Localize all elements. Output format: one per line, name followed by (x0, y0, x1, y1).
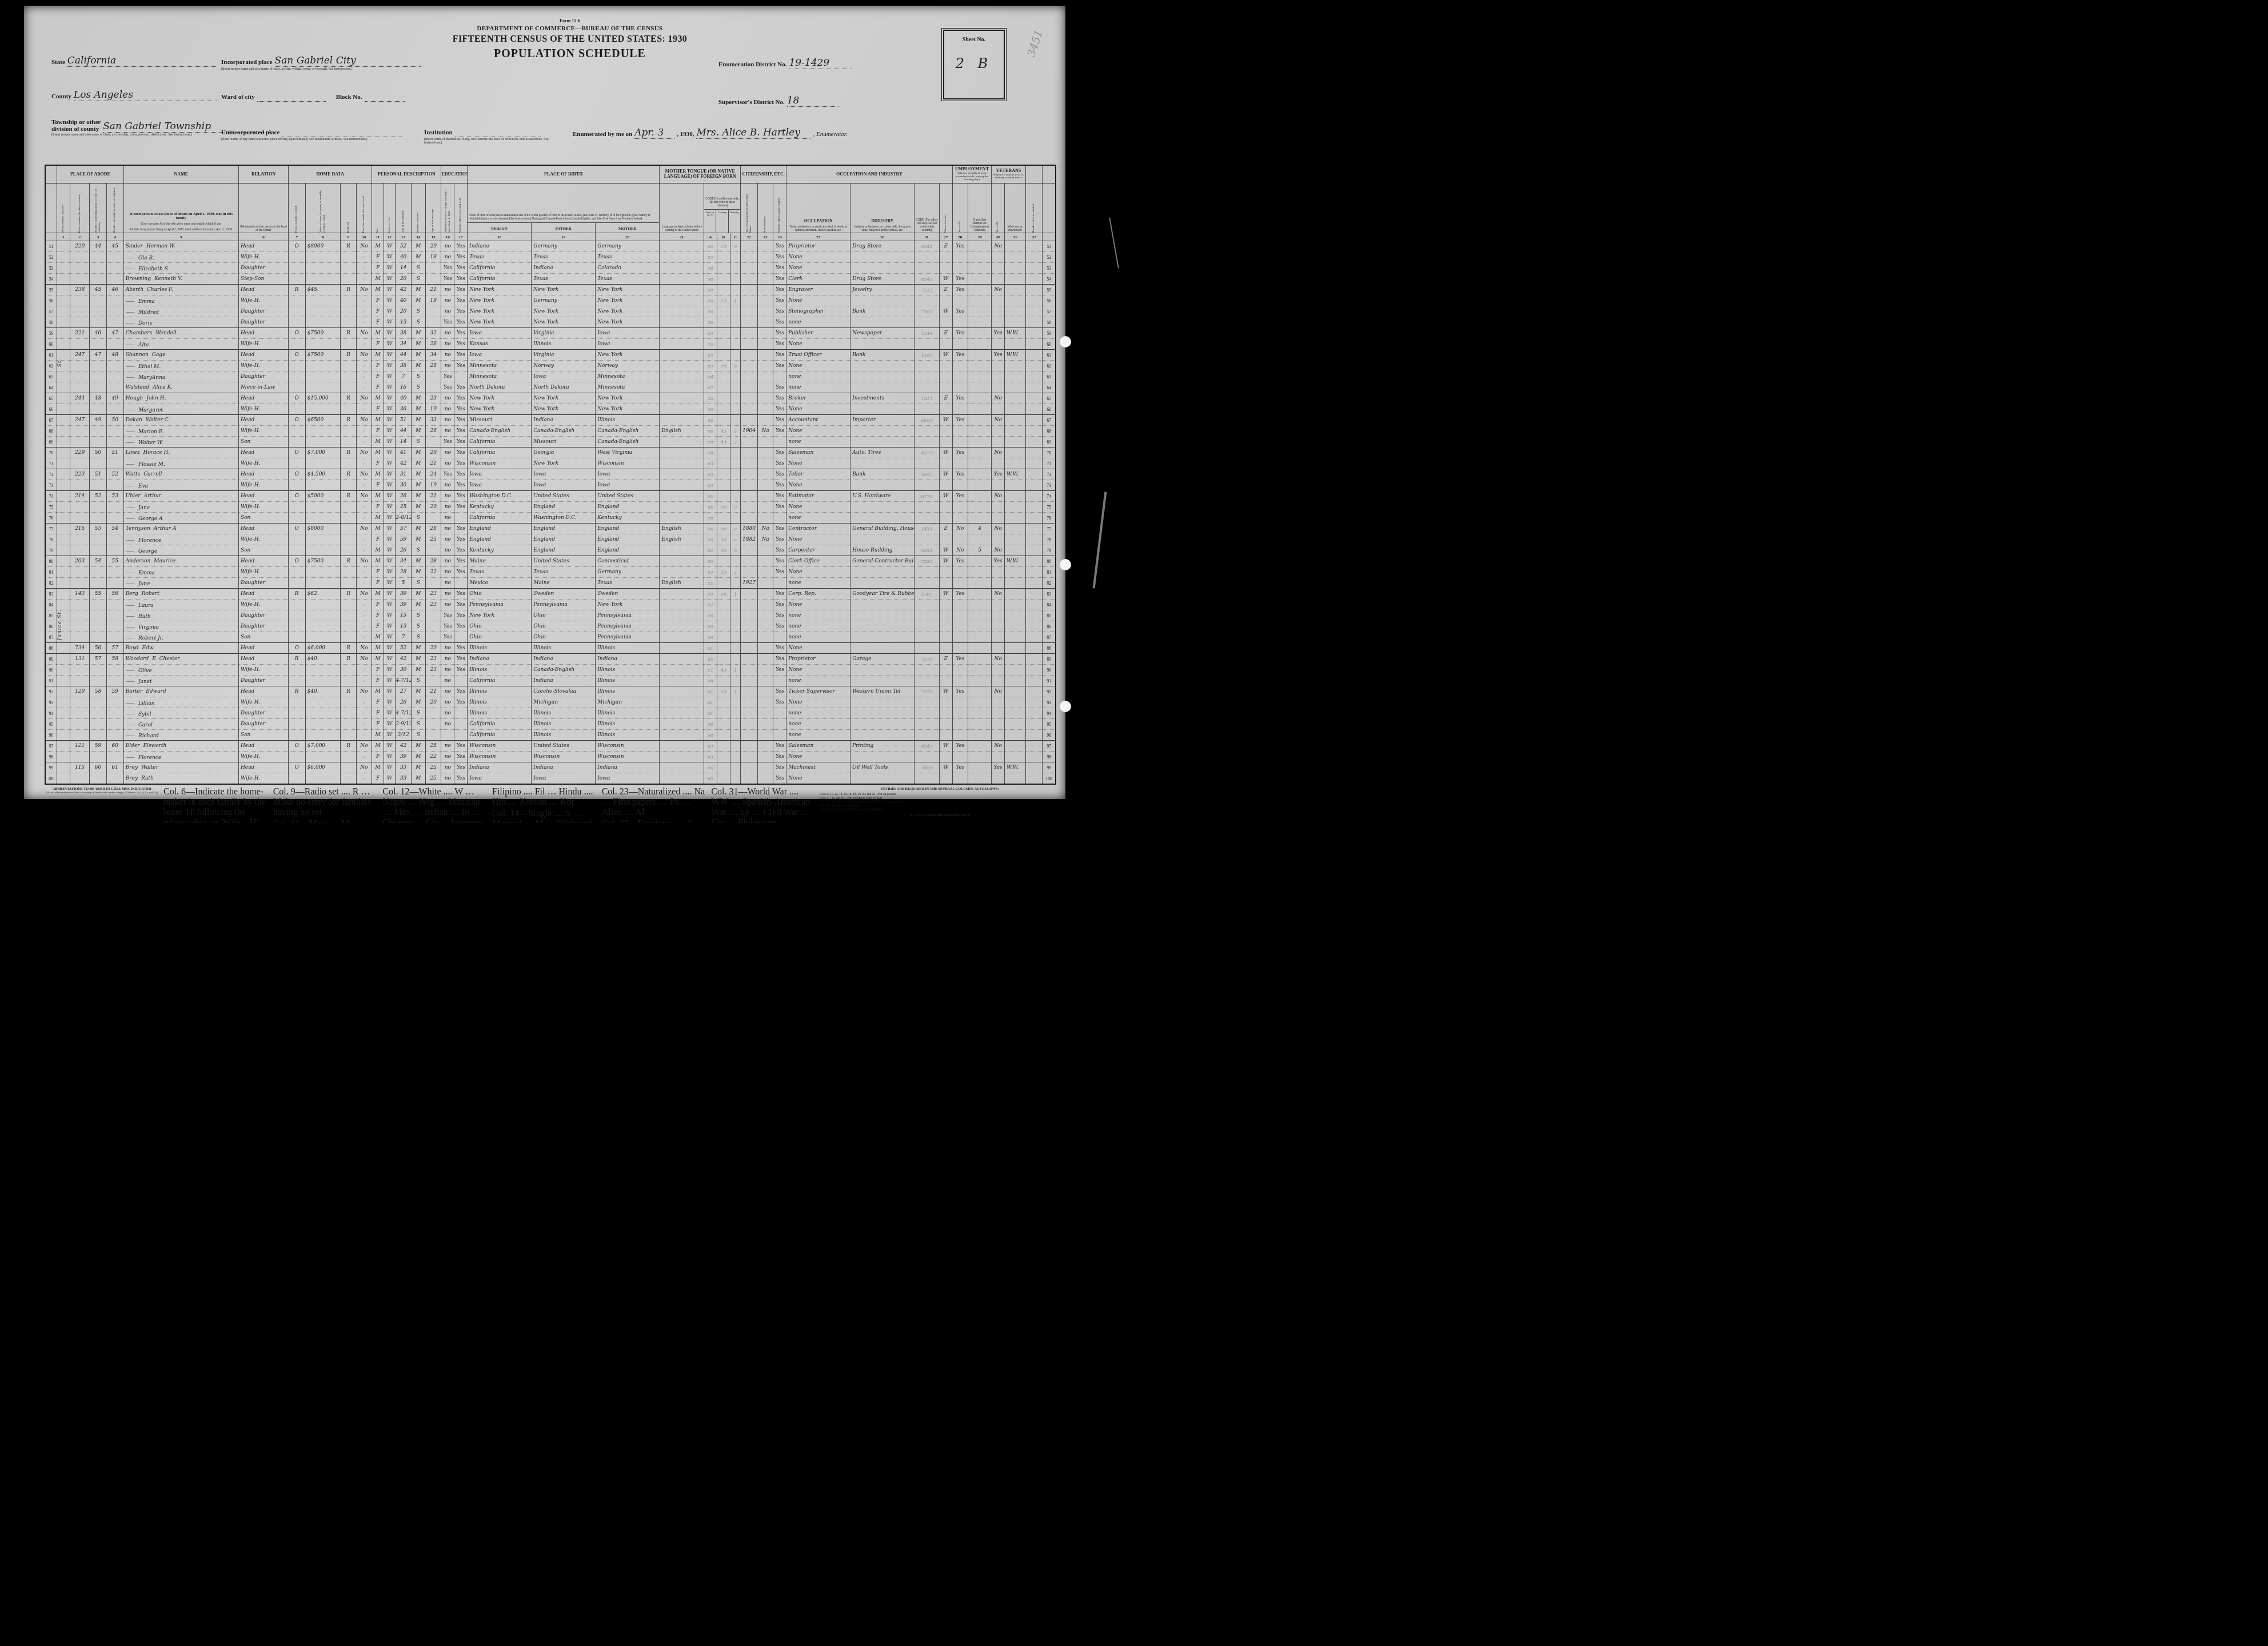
cA: 98 (704, 274, 717, 285)
rel: Head (238, 741, 288, 752)
age: 4-7/12 (396, 708, 411, 719)
imm (741, 697, 758, 708)
imm: 1927 (741, 578, 758, 589)
agem: 26 (425, 426, 441, 437)
eng: Yes (773, 491, 786, 502)
vet (992, 600, 1005, 610)
farmno (1025, 773, 1043, 785)
codeD (915, 513, 939, 524)
mar: M (411, 524, 425, 534)
colnum-val: 8 (305, 233, 341, 241)
cA: 57 (704, 600, 717, 610)
agem: 24 (425, 469, 441, 480)
st (57, 697, 70, 708)
house: 115 (70, 762, 89, 773)
cC (730, 654, 740, 665)
lnR: 89 (1043, 654, 1056, 665)
rel: Son (238, 437, 288, 448)
name: WalsteadAlice K. (123, 382, 238, 393)
sex: F (372, 382, 384, 393)
pm: Texas (596, 578, 660, 589)
pm: England (596, 524, 660, 534)
race: W (384, 306, 396, 317)
rel: Wife-H. (238, 426, 288, 437)
rel: Niece-in-Law (238, 382, 288, 393)
l29 (968, 458, 992, 469)
sch: no (441, 762, 454, 773)
vet: No (992, 654, 1005, 665)
age: 4-7/12 (396, 676, 411, 686)
census-row-95: 95⸺CarolDaughter✓FW2-9/12SnoCaliforniaIl… (45, 719, 1056, 730)
colnum-cB: B (717, 233, 730, 241)
vet (992, 426, 1005, 437)
work (952, 263, 968, 274)
ind: Drug Store (850, 274, 915, 285)
pf: Maine (532, 578, 596, 589)
cB (717, 458, 730, 469)
lnL: 59 (45, 328, 57, 339)
house (70, 513, 89, 524)
footer-entries-block: ENTRIES ARE REQUIRED IN THE SEVERAL COLU… (820, 787, 1060, 823)
cB (717, 415, 730, 426)
census-row-55: 552384546AberthCharles F.HeadR$45.RNoMW4… (45, 285, 1056, 295)
census-row-58: 58⸺DorisDaughter✓FW13SYesYesNew YorkNew … (45, 317, 1056, 328)
cA: 65 (704, 350, 717, 361)
cA: 59 (704, 632, 717, 643)
imm (741, 719, 758, 730)
pf: Texas (532, 274, 596, 285)
sch (441, 730, 454, 741)
sch: no (441, 306, 454, 317)
census-row-72: 722235152WattsCarrollHeadO$4,500RNoMW31M… (45, 469, 1056, 480)
farm: No (356, 469, 372, 480)
cC: 1 (730, 686, 740, 697)
imm (741, 762, 758, 773)
pf: England (532, 545, 596, 556)
mar: M (411, 491, 425, 502)
colnum-own: 7 (288, 233, 305, 241)
own (288, 600, 305, 610)
war (1005, 393, 1026, 404)
state-field: State California (51, 56, 216, 67)
sch: no (441, 654, 454, 665)
vet: Yes (992, 350, 1005, 361)
pm: New York (596, 393, 660, 404)
farm: ✓ (356, 621, 372, 632)
work (952, 534, 968, 545)
farm: ✓ (356, 306, 372, 317)
imm (741, 752, 758, 762)
cB (717, 328, 730, 339)
cls (939, 502, 952, 513)
dw (90, 404, 107, 415)
st (57, 773, 70, 785)
tongue (660, 545, 704, 556)
race: W (384, 589, 396, 600)
tongue (660, 632, 704, 643)
lnL: 68 (45, 426, 57, 437)
pb: Ohio (468, 621, 532, 632)
cA: 65 (704, 469, 717, 480)
house (70, 730, 89, 741)
colnum-tongue: 21 (660, 233, 704, 241)
pm: Illinois (596, 708, 660, 719)
st (57, 404, 70, 415)
tongue (660, 361, 704, 371)
farmno (1025, 263, 1043, 274)
census-sheet: State California County Los Angeles Town… (24, 6, 1065, 799)
codeD (915, 610, 939, 621)
rw: Yes (454, 274, 468, 285)
agem (425, 730, 441, 741)
house (70, 610, 89, 621)
imm (741, 448, 758, 458)
radio (341, 480, 356, 491)
census-row-81: 81⸺EmmaWife-H.✓FW28M22noYesTexasTexasGer… (45, 567, 1056, 578)
house (70, 480, 89, 491)
ed-value: 19-1429 (789, 57, 829, 69)
age: 20 (396, 274, 411, 285)
pf: Indiana (532, 676, 596, 686)
dw (90, 458, 107, 469)
eng: Yes (773, 773, 786, 785)
census-row-96: 96⸺RichardSon✓MW3/12SCaliforniaIllinoisI… (45, 730, 1056, 741)
eng: Yes (773, 426, 786, 437)
lnR: 52 (1043, 252, 1056, 263)
codeD (915, 534, 939, 545)
val (305, 545, 341, 556)
occ: none (786, 317, 850, 328)
l29 (968, 632, 992, 643)
agem: 20 (425, 697, 441, 708)
eng: Yes (773, 545, 786, 556)
own: O (288, 762, 305, 773)
pb: Illinois (468, 697, 532, 708)
l29 (968, 708, 992, 719)
fam (106, 773, 123, 785)
own (288, 458, 305, 469)
lnR: 72 (1043, 469, 1056, 480)
cA: 98 (704, 437, 717, 448)
cls: W (939, 762, 952, 773)
footer-entry: Col. 15—For all married persons (820, 804, 1060, 808)
own: O (288, 241, 305, 252)
fam (106, 404, 123, 415)
pf: Texas (532, 252, 596, 263)
cA: 60 (704, 241, 717, 252)
val (305, 263, 341, 274)
farm: ✓ (356, 534, 372, 545)
vet (992, 534, 1005, 545)
st (57, 665, 70, 676)
l29 (968, 328, 992, 339)
sch: no (441, 285, 454, 295)
imm (741, 643, 758, 654)
dw: 55 (90, 589, 107, 600)
rel: Head (238, 328, 288, 339)
rel: Wife-H. (238, 502, 288, 513)
lnL: 69 (45, 437, 57, 448)
cA: 70 (704, 339, 717, 350)
footer-entry: Cols. 7, 8, 9, 10, and 32—For heads of f… (820, 808, 1060, 812)
cB (717, 491, 730, 502)
l29 (968, 621, 992, 632)
rw: Yes (454, 589, 468, 600)
vet: No (992, 491, 1005, 502)
val (305, 752, 341, 762)
house (70, 404, 89, 415)
name: ShannonGage (123, 350, 238, 361)
l29 (968, 741, 992, 752)
occ: none (786, 437, 850, 448)
agem (425, 274, 441, 285)
farmno (1025, 426, 1043, 437)
cA: 60 (704, 654, 717, 665)
pb: Indiana (468, 762, 532, 773)
pm: Minnesota (596, 371, 660, 382)
age: 44 (396, 426, 411, 437)
pm: Iowa (596, 328, 660, 339)
pencil-sheet-number: 3451 (1025, 29, 1045, 59)
cB (717, 252, 730, 263)
mar: S (411, 437, 425, 448)
lnL: 96 (45, 730, 57, 741)
rel: Wife-H. (238, 458, 288, 469)
pm: Illinois (596, 719, 660, 730)
cA: 56 (704, 306, 717, 317)
lnL: 79 (45, 545, 57, 556)
war (1005, 382, 1026, 393)
war (1005, 491, 1026, 502)
l29 (968, 665, 992, 676)
farmno (1025, 339, 1043, 350)
sex: F (372, 458, 384, 469)
own (288, 534, 305, 545)
mar: M (411, 480, 425, 491)
agem: 21 (425, 285, 441, 295)
sex: M (372, 415, 384, 426)
vet: No (992, 686, 1005, 697)
cB (717, 708, 730, 719)
work (952, 339, 968, 350)
cls: E (939, 393, 952, 404)
age: 33 (396, 773, 411, 785)
sch: no (441, 741, 454, 752)
race: W (384, 556, 396, 567)
work (952, 382, 968, 393)
dw (90, 426, 107, 437)
occ: None (786, 404, 850, 415)
radio (341, 545, 356, 556)
ind (850, 643, 915, 654)
cB (717, 676, 730, 686)
tongue (660, 328, 704, 339)
nat (757, 382, 773, 393)
pb: California (468, 676, 532, 686)
cA: 59 (704, 589, 717, 600)
imm (741, 676, 758, 686)
ward-label: Ward of city (221, 94, 255, 101)
occ: None (786, 458, 850, 469)
colhead-val: Value of home, if owned, or monthly rent… (305, 183, 341, 233)
colhead-sex: Sex (372, 183, 384, 233)
cls (939, 339, 952, 350)
farmno (1025, 274, 1043, 285)
imm (741, 730, 758, 741)
cls (939, 252, 952, 263)
war (1005, 513, 1026, 524)
nat (757, 545, 773, 556)
pf: Michigan (532, 697, 596, 708)
war: W.W. (1005, 328, 1026, 339)
fam (106, 708, 123, 719)
rel: Wife-H. (238, 697, 288, 708)
lnL: 94 (45, 708, 57, 719)
farm: ✓ (356, 252, 372, 263)
pm: Illinois (596, 665, 660, 676)
pm: Canada-English (596, 426, 660, 437)
eng: Yes (773, 317, 786, 328)
census-row-53: 53⸺Elizabeth SDaughter✓FW14SYesYesCalifo… (45, 263, 1056, 274)
own (288, 676, 305, 686)
cB (717, 285, 730, 295)
st (57, 458, 70, 469)
lnL: 80 (45, 556, 57, 567)
cC (730, 252, 740, 263)
dw: 54 (90, 556, 107, 567)
colnum-eng: 24 (773, 233, 786, 241)
name: ⸺Lillian (123, 697, 238, 708)
val (305, 339, 341, 350)
group-education: EDUCATION (441, 165, 468, 183)
cls: W (939, 350, 952, 361)
imm (741, 502, 758, 513)
rel: Wife-H. (238, 752, 288, 762)
tongue (660, 382, 704, 393)
ind (850, 361, 915, 371)
dw: 52 (90, 491, 107, 502)
war (1005, 632, 1026, 643)
own: R (288, 589, 305, 600)
nat (757, 719, 773, 730)
radio (341, 263, 356, 274)
colnum-pm: 20 (596, 233, 660, 241)
rw: Yes (454, 654, 468, 665)
dw (90, 567, 107, 578)
pb: Illinois (468, 686, 532, 697)
footer-abbrev-column: Col. 23—Naturalized .... Na … First pape… (602, 787, 706, 823)
pb: New York (468, 317, 532, 328)
agem: 25 (425, 762, 441, 773)
colhead-tongue: Language spoken in home before coming to… (660, 183, 704, 233)
age: 42 (396, 458, 411, 469)
pm: Wisconsin (596, 741, 660, 752)
name: DakanWalter C. (123, 415, 238, 426)
farm: ✓ (356, 773, 372, 785)
street-name-vertical: Junica St. (57, 577, 63, 640)
rw: Yes (454, 350, 468, 361)
own: O (288, 350, 305, 361)
cC: 0 (730, 502, 740, 513)
val (305, 708, 341, 719)
agem (425, 676, 441, 686)
rw (454, 632, 468, 643)
nat (757, 404, 773, 415)
sex: F (372, 306, 384, 317)
census-row-51: 512204445SinderHerman W.HeadO$8000RNoMW5… (45, 241, 1056, 252)
lnR: 77 (1043, 524, 1056, 534)
name: WoodardE. Chester (123, 654, 238, 665)
dw: 56 (90, 643, 107, 654)
occ: Stenographer (786, 306, 850, 317)
cA: 87 (704, 252, 717, 263)
occ: None (786, 361, 850, 371)
radio: R (341, 448, 356, 458)
nat (757, 773, 773, 785)
mar: S (411, 317, 425, 328)
war (1005, 708, 1026, 719)
own (288, 480, 305, 491)
st (57, 567, 70, 578)
fam: 51 (106, 448, 123, 458)
population-table-wrap: PLACE OF ABODENAMERELATIONHOME DATAPERSO… (45, 165, 1060, 785)
incorporated-label: Incorporated place (221, 59, 273, 66)
farmno (1025, 350, 1043, 361)
l29 (968, 676, 992, 686)
pf: Illinois (532, 339, 596, 350)
radio (341, 524, 356, 534)
mar: M (411, 328, 425, 339)
farm: ✓ (356, 513, 372, 524)
war (1005, 545, 1026, 556)
eng: Yes (773, 556, 786, 567)
fam (106, 719, 123, 730)
pm: New York (596, 350, 660, 361)
sch: no (441, 524, 454, 534)
rel: Daughter (238, 621, 288, 632)
val (305, 730, 341, 741)
cls: E (939, 524, 952, 534)
war (1005, 480, 1026, 491)
occ: None (786, 567, 850, 578)
eng: Yes (773, 328, 786, 339)
val (305, 773, 341, 785)
rw: Yes (454, 686, 468, 697)
cC (730, 676, 740, 686)
sch: no (441, 513, 454, 524)
farm: ✓ (356, 371, 372, 382)
rel: Daughter (238, 306, 288, 317)
mar: S (411, 306, 425, 317)
tongue (660, 480, 704, 491)
name: ⸺Elizabeth S (123, 263, 238, 274)
dw (90, 676, 107, 686)
war (1005, 404, 1026, 415)
war (1005, 295, 1026, 306)
own (288, 339, 305, 350)
sch: no (441, 556, 454, 567)
farmno (1025, 665, 1043, 676)
imm (741, 621, 758, 632)
mar: S (411, 610, 425, 621)
rw: Yes (454, 600, 468, 610)
val: $6,000 (305, 762, 341, 773)
eng: Yes (773, 469, 786, 480)
colnum-name: 5 (123, 233, 238, 241)
footer-abbrev-column: Col. 6—Indicate the home-maker in each f… (163, 787, 267, 823)
cls (939, 665, 952, 676)
work (952, 252, 968, 263)
